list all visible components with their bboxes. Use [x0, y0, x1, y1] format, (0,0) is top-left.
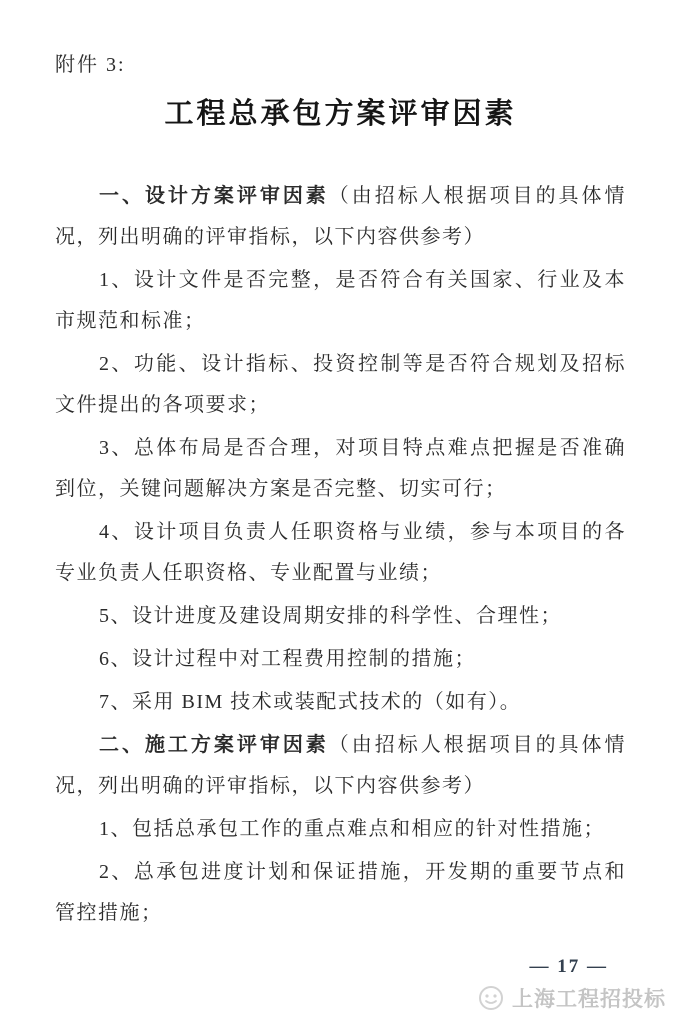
section-heading-title: 一、设计方案评审因素: [99, 185, 329, 207]
watermark-logo-icon: [477, 984, 505, 1012]
document-content: 附件 3: 工程总承包方案评审因素 一、设计方案评审因素（由招标人根据项目的具体…: [0, 0, 680, 934]
section-heading: 一、设计方案评审因素（由招标人根据项目的具体情况，列出明确的评审指标，以下内容供…: [55, 176, 626, 258]
document-title: 工程总承包方案评审因素: [55, 94, 626, 134]
watermark: 上海工程招投标: [477, 983, 666, 1013]
sections-container: 一、设计方案评审因素（由招标人根据项目的具体情况，列出明确的评审指标，以下内容供…: [55, 176, 626, 934]
list-item: 5、设计进度及建设周期安排的科学性、合理性；: [55, 596, 626, 637]
section-heading-title: 二、施工方案评审因素: [99, 734, 329, 756]
list-item: 4、设计项目负责人任职资格与业绩，参与本项目的各专业负责人任职资格、专业配置与业…: [55, 512, 626, 594]
list-item: 7、采用 BIM 技术或装配式技术的（如有）。: [55, 682, 626, 723]
watermark-text: 上海工程招投标: [512, 983, 666, 1013]
list-item: 1、包括总承包工作的重点难点和相应的针对性措施；: [55, 809, 626, 850]
attachment-label: 附件 3:: [55, 50, 626, 80]
document-page: 附件 3: 工程总承包方案评审因素 一、设计方案评审因素（由招标人根据项目的具体…: [0, 0, 680, 1029]
section-heading: 二、施工方案评审因素（由招标人根据项目的具体情况，列出明确的评审指标，以下内容供…: [55, 725, 626, 807]
page-number: — 17 —: [530, 956, 609, 978]
list-item: 2、总承包进度计划和保证措施，开发期的重要节点和管控措施；: [55, 852, 626, 934]
list-item: 6、设计过程中对工程费用控制的措施；: [55, 639, 626, 680]
list-item: 2、功能、设计指标、投资控制等是否符合规划及招标文件提出的各项要求；: [55, 344, 626, 426]
list-item: 3、总体布局是否合理，对项目特点难点把握是否准确到位，关键问题解决方案是否完整、…: [55, 428, 626, 510]
list-item: 1、设计文件是否完整，是否符合有关国家、行业及本市规范和标准；: [55, 260, 626, 342]
